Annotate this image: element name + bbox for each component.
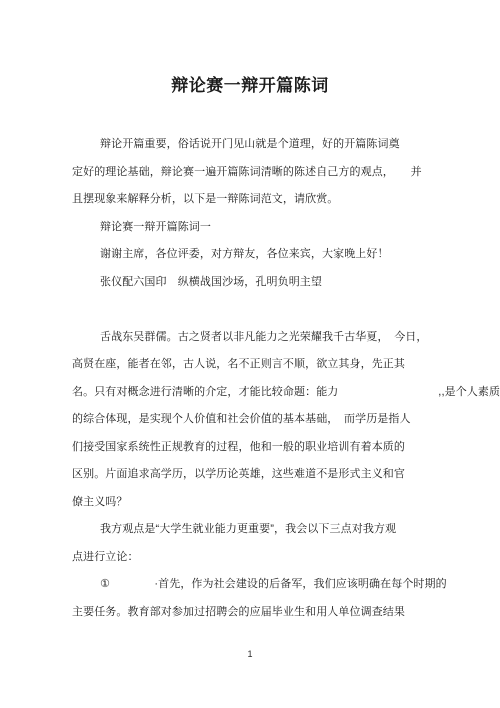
text-line: 辩论赛一辩开篇陈词一 xyxy=(72,214,500,242)
text-line: 定好的理论基础，辩论赛一遍开篇陈词清晰的陈述自己方的观点， 并 xyxy=(72,159,500,187)
text-line: 点进行立论： xyxy=(72,544,500,572)
text-line: 谢谢主席，各位评委，对方辩友，各位来宾，大家晚上好！ xyxy=(72,241,500,269)
document-page: 辩论赛一辩开篇陈词 辩论开篇重要，俗话说开门见山就是个道理，好的开篇陈词奠定好的… xyxy=(0,0,500,708)
text-line: 名。只有对概念进行清晰的介定，才能比较命题：能力 ,,是个人素质 xyxy=(72,379,500,407)
document-title: 辩论赛一辩开篇陈词 xyxy=(0,72,500,100)
text-line: 们接受国家系统性正规教育的过程，他和一般的职业培训有着本质的 xyxy=(72,434,500,462)
text-line: 我方观点是“大学生就业能力更重要”，我会以下三点对我方观 xyxy=(72,516,500,544)
blank-line xyxy=(72,296,500,324)
text-line: 的综合体现，是实现个人价值和社会价值的基本基础， 而学历是指人 xyxy=(72,406,500,434)
text-line: 僚主义吗？ xyxy=(72,489,500,517)
text-line: 区别。片面追求高学历，以学历论英雄，这些难道不是形式主义和官 xyxy=(72,461,500,489)
text-line: 辩论开篇重要，俗话说开门见山就是个道理，好的开篇陈词奠 xyxy=(72,131,500,159)
document-body: 辩论开篇重要，俗话说开门见山就是个道理，好的开篇陈词奠定好的理论基础，辩论赛一遍… xyxy=(72,131,500,626)
text-line: 高贤在座，能者在邻，古人说，名不正则言不顺，欲立其身，先正其 xyxy=(72,351,500,379)
text-line: 张仪配六国印 纵横战国沙场，孔明负明主望 xyxy=(72,269,500,297)
text-line: ① ·首先，作为社会建设的后备军，我们应该明确在每个时期的 xyxy=(72,571,500,599)
page-number: 1 xyxy=(0,647,500,661)
text-line: 且摆现象来解释分析，以下是一辩陈词范文，请欣赏。 xyxy=(72,186,500,214)
text-line: 舌战东吴群儒。古之贤者以非凡能力之光荣耀我千古华夏， 今日， xyxy=(72,324,500,352)
text-line: 主要任务。教育部对参加过招聘会的应届毕业生和用人单位调查结果 xyxy=(72,599,500,627)
